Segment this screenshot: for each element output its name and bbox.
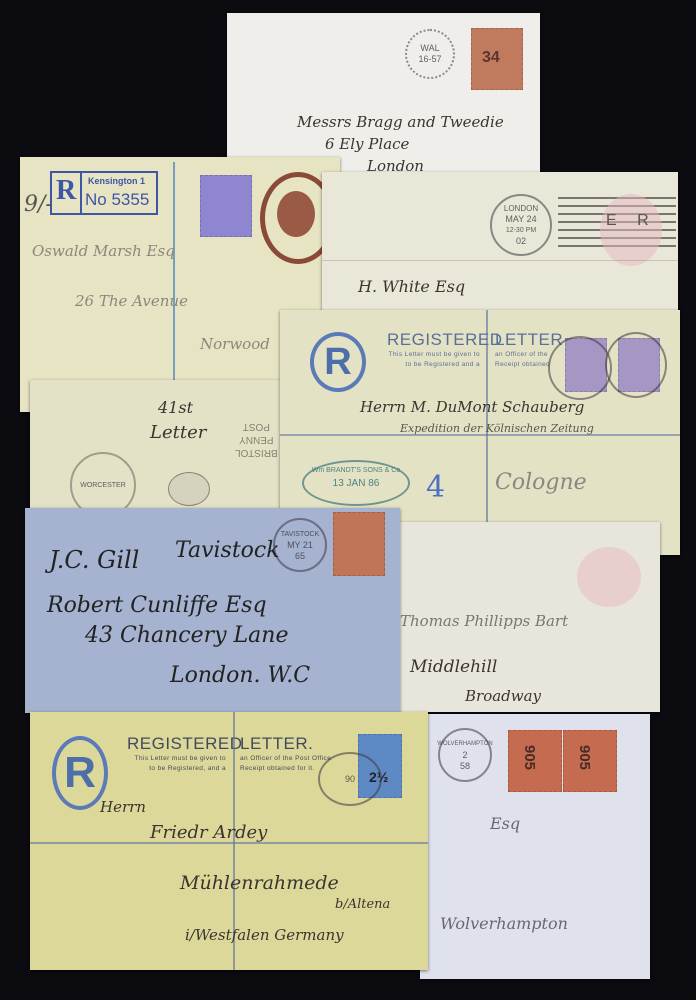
- address-line: Wolverhampton: [440, 914, 568, 933]
- fold-line: [322, 260, 678, 261]
- address-line: Thomas Phillipps Bart: [400, 612, 568, 630]
- registered-R-mark: R: [310, 332, 366, 392]
- address-line: 26 The Avenue: [75, 292, 188, 310]
- london-postmark: LONDON MAY 24 12-30 PM 02: [490, 194, 552, 256]
- cover-wolverhampton: WOLVERHAMPTON 2 58 905 905 Esq Wolverham…: [420, 714, 650, 979]
- penny-red-stamp: [333, 512, 385, 576]
- address-line: Friedr Ardey: [150, 822, 267, 843]
- address-line: Middlehill: [410, 657, 497, 677]
- violet-stamp: [200, 175, 252, 237]
- cover-blue: TAVISTOCK MY 21 65 J.C. Gill Tavistock R…: [25, 508, 400, 713]
- sender-oval-stamp: Wm BRANDT'S SONS & Co 13 JAN 86: [302, 460, 410, 506]
- pencil-note: 9/-: [24, 192, 53, 217]
- cover-phillipps: Thomas Phillipps Bart Middlehill Broadwa…: [380, 522, 660, 712]
- address-line: Esq: [490, 814, 520, 833]
- cover-top-white: WAL 16-57 34 Messrs Bragg and Tweedie 6 …: [227, 13, 540, 173]
- penny-red-stamp: 905: [563, 730, 617, 792]
- instructions-right: an Officer of the Receipt obtained: [495, 350, 550, 370]
- letter-note: 41st: [158, 398, 193, 417]
- address-line: London: [367, 157, 424, 173]
- indicia-text: E R: [606, 212, 657, 230]
- letter-title: LETTER: [495, 330, 563, 350]
- postmark: WAL 16-57: [405, 29, 455, 79]
- address-line: H. White Esq: [358, 277, 465, 296]
- bristol-reversed-mark: BRISTOL PENNY POST: [235, 420, 278, 459]
- address-line: Broadway: [465, 687, 541, 705]
- sender-name: J.C. Gill: [49, 546, 139, 574]
- tavistock-postmark: TAVISTOCK MY 21 65: [273, 518, 327, 572]
- postmark: [548, 336, 612, 400]
- address-line: Mühlenrahmede: [180, 872, 339, 894]
- address-line: Norwood: [200, 335, 270, 353]
- embossed-indicia: [577, 547, 641, 607]
- instructions-left: This Letter must be given to to be Regis…: [108, 754, 226, 774]
- address-line: 6 Ely Place: [325, 135, 409, 153]
- address-line: Oswald Marsh Esq: [32, 242, 175, 260]
- cover-london: LONDON MAY 24 12-30 PM 02 E R H. White E…: [322, 172, 678, 322]
- town-note: Tavistock: [175, 538, 280, 563]
- letter-note: Letter: [150, 422, 206, 443]
- blue-crayon-line: [173, 162, 175, 392]
- penny-red-stamp: 905: [508, 730, 562, 792]
- address-line: Expedition der Kölnischen Zeitung: [400, 422, 594, 435]
- postmark: [605, 332, 667, 398]
- address-line: i/Westfalen Germany: [185, 926, 344, 944]
- letter-title: LETTER.: [240, 734, 313, 754]
- address-line: b/Altena: [335, 897, 390, 912]
- address-line: Herrn: [100, 798, 146, 816]
- worcester-postmark: WORCESTER: [70, 452, 136, 515]
- penny-red-stamp: 34: [471, 28, 523, 90]
- instructions-left: This Letter must be given to to be Regis…: [368, 350, 480, 370]
- address-line: Robert Cunliffe Esq: [47, 593, 267, 618]
- registration-label: R Kensington 1 No 5355: [50, 171, 158, 215]
- cover-registered-lower: R REGISTERED LETTER. This Letter must be…: [30, 712, 428, 970]
- blue-crayon-mark: 4: [426, 470, 445, 505]
- address-line: London. W.C: [170, 663, 310, 688]
- address-line: Cologne: [495, 470, 587, 495]
- instructions-right: an Officer of the Post Office Receipt ob…: [240, 754, 331, 774]
- address-line: Messrs Bragg and Tweedie: [297, 113, 504, 131]
- registered-title: REGISTERED: [127, 734, 243, 754]
- wax-seal-hole: [168, 472, 210, 506]
- indicia: [600, 194, 662, 266]
- wolverhampton-postmark: WOLVERHAMPTON 2 58: [438, 728, 492, 782]
- address-line: 43 Chancery Lane: [85, 623, 288, 648]
- registered-oval-postmark: 90: [318, 752, 382, 806]
- cover-bristol: 41st Letter WORCESTER BRISTOL PENNY POST: [30, 380, 290, 515]
- address-line: Herrn M. DuMont Schauberg: [360, 398, 584, 416]
